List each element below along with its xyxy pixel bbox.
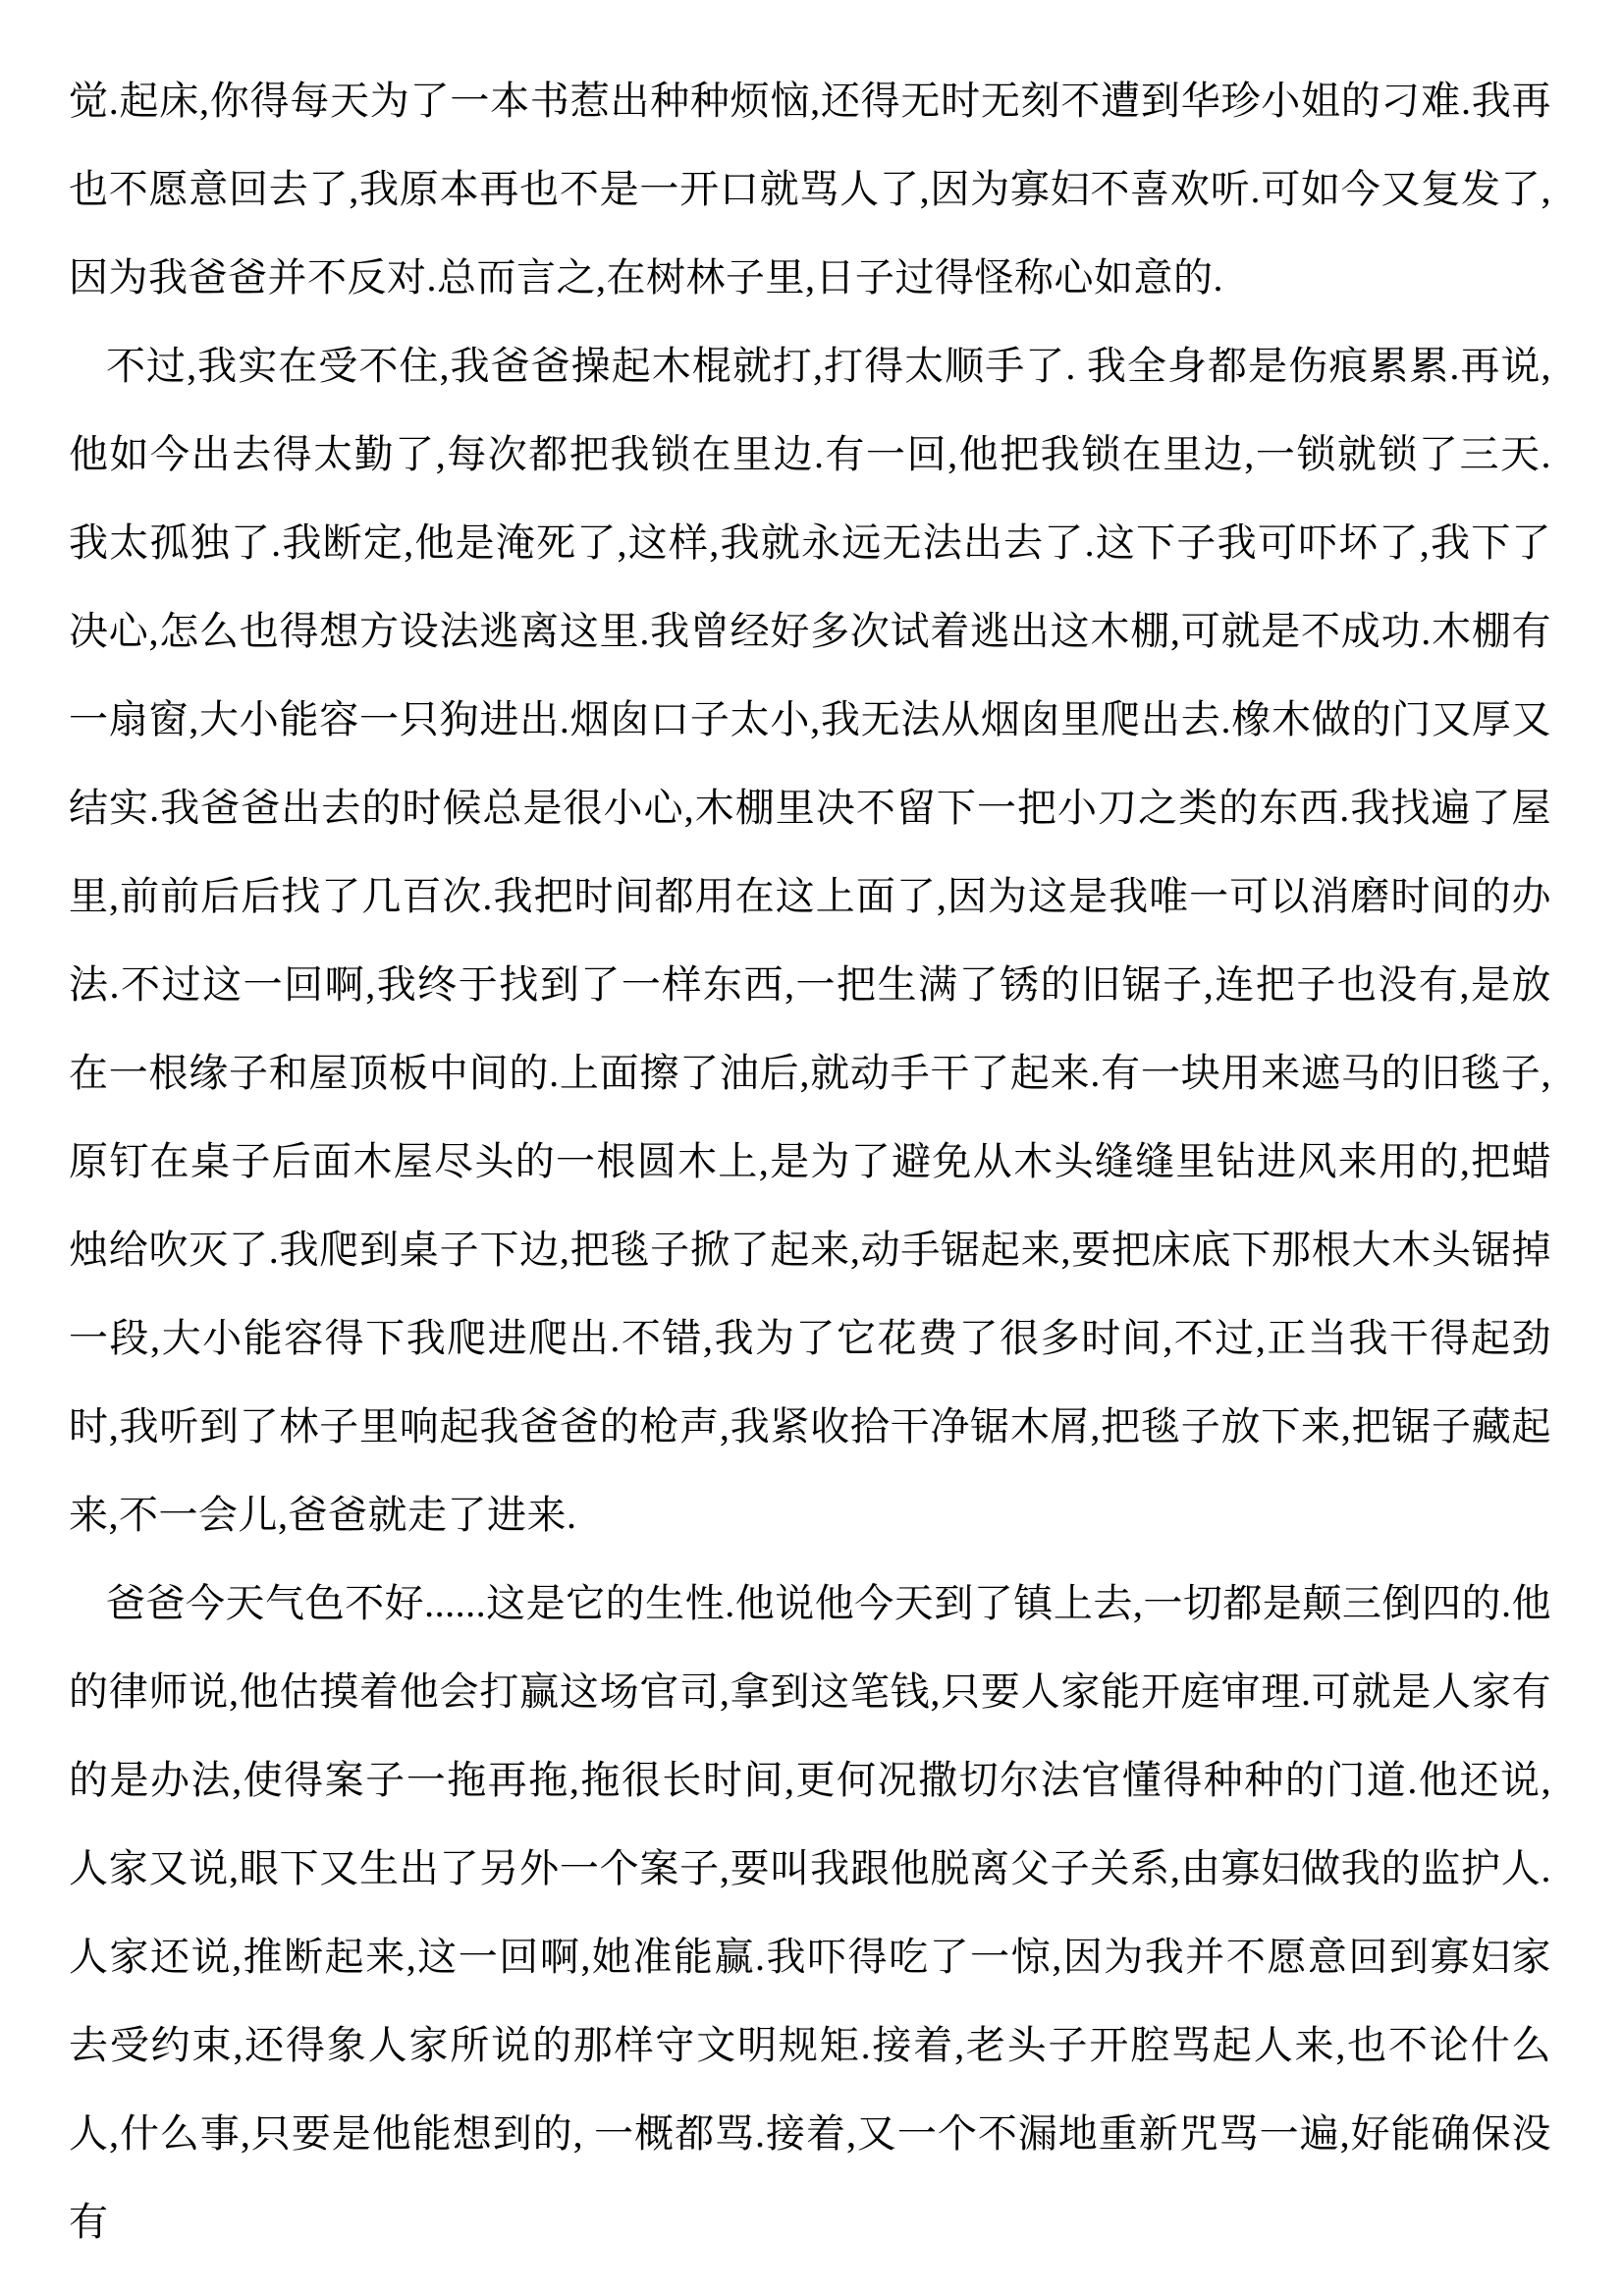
paragraph-2: 不过,我实在受不住,我爸爸操起木棍就打,打得太顺手了. 我全身都是伤痕累累.再说… — [69, 322, 1551, 1559]
document-text-block: 觉.起床,你得每天为了一本书惹出种种烦恼,还得无时无刻不遭到华珍小姐的刁难.我再… — [69, 57, 1551, 2267]
paragraph-3: 爸爸今天气色不好......这是它的生性.他说他今天到了镇上去,一切都是颠三倒四… — [69, 1559, 1551, 2267]
document-page: 觉.起床,你得每天为了一本书惹出种种烦恼,还得无时无刻不遭到华珍小姐的刁难.我再… — [0, 0, 1623, 2296]
paragraph-1: 觉.起床,你得每天为了一本书惹出种种烦恼,还得无时无刻不遭到华珍小姐的刁难.我再… — [69, 57, 1551, 322]
